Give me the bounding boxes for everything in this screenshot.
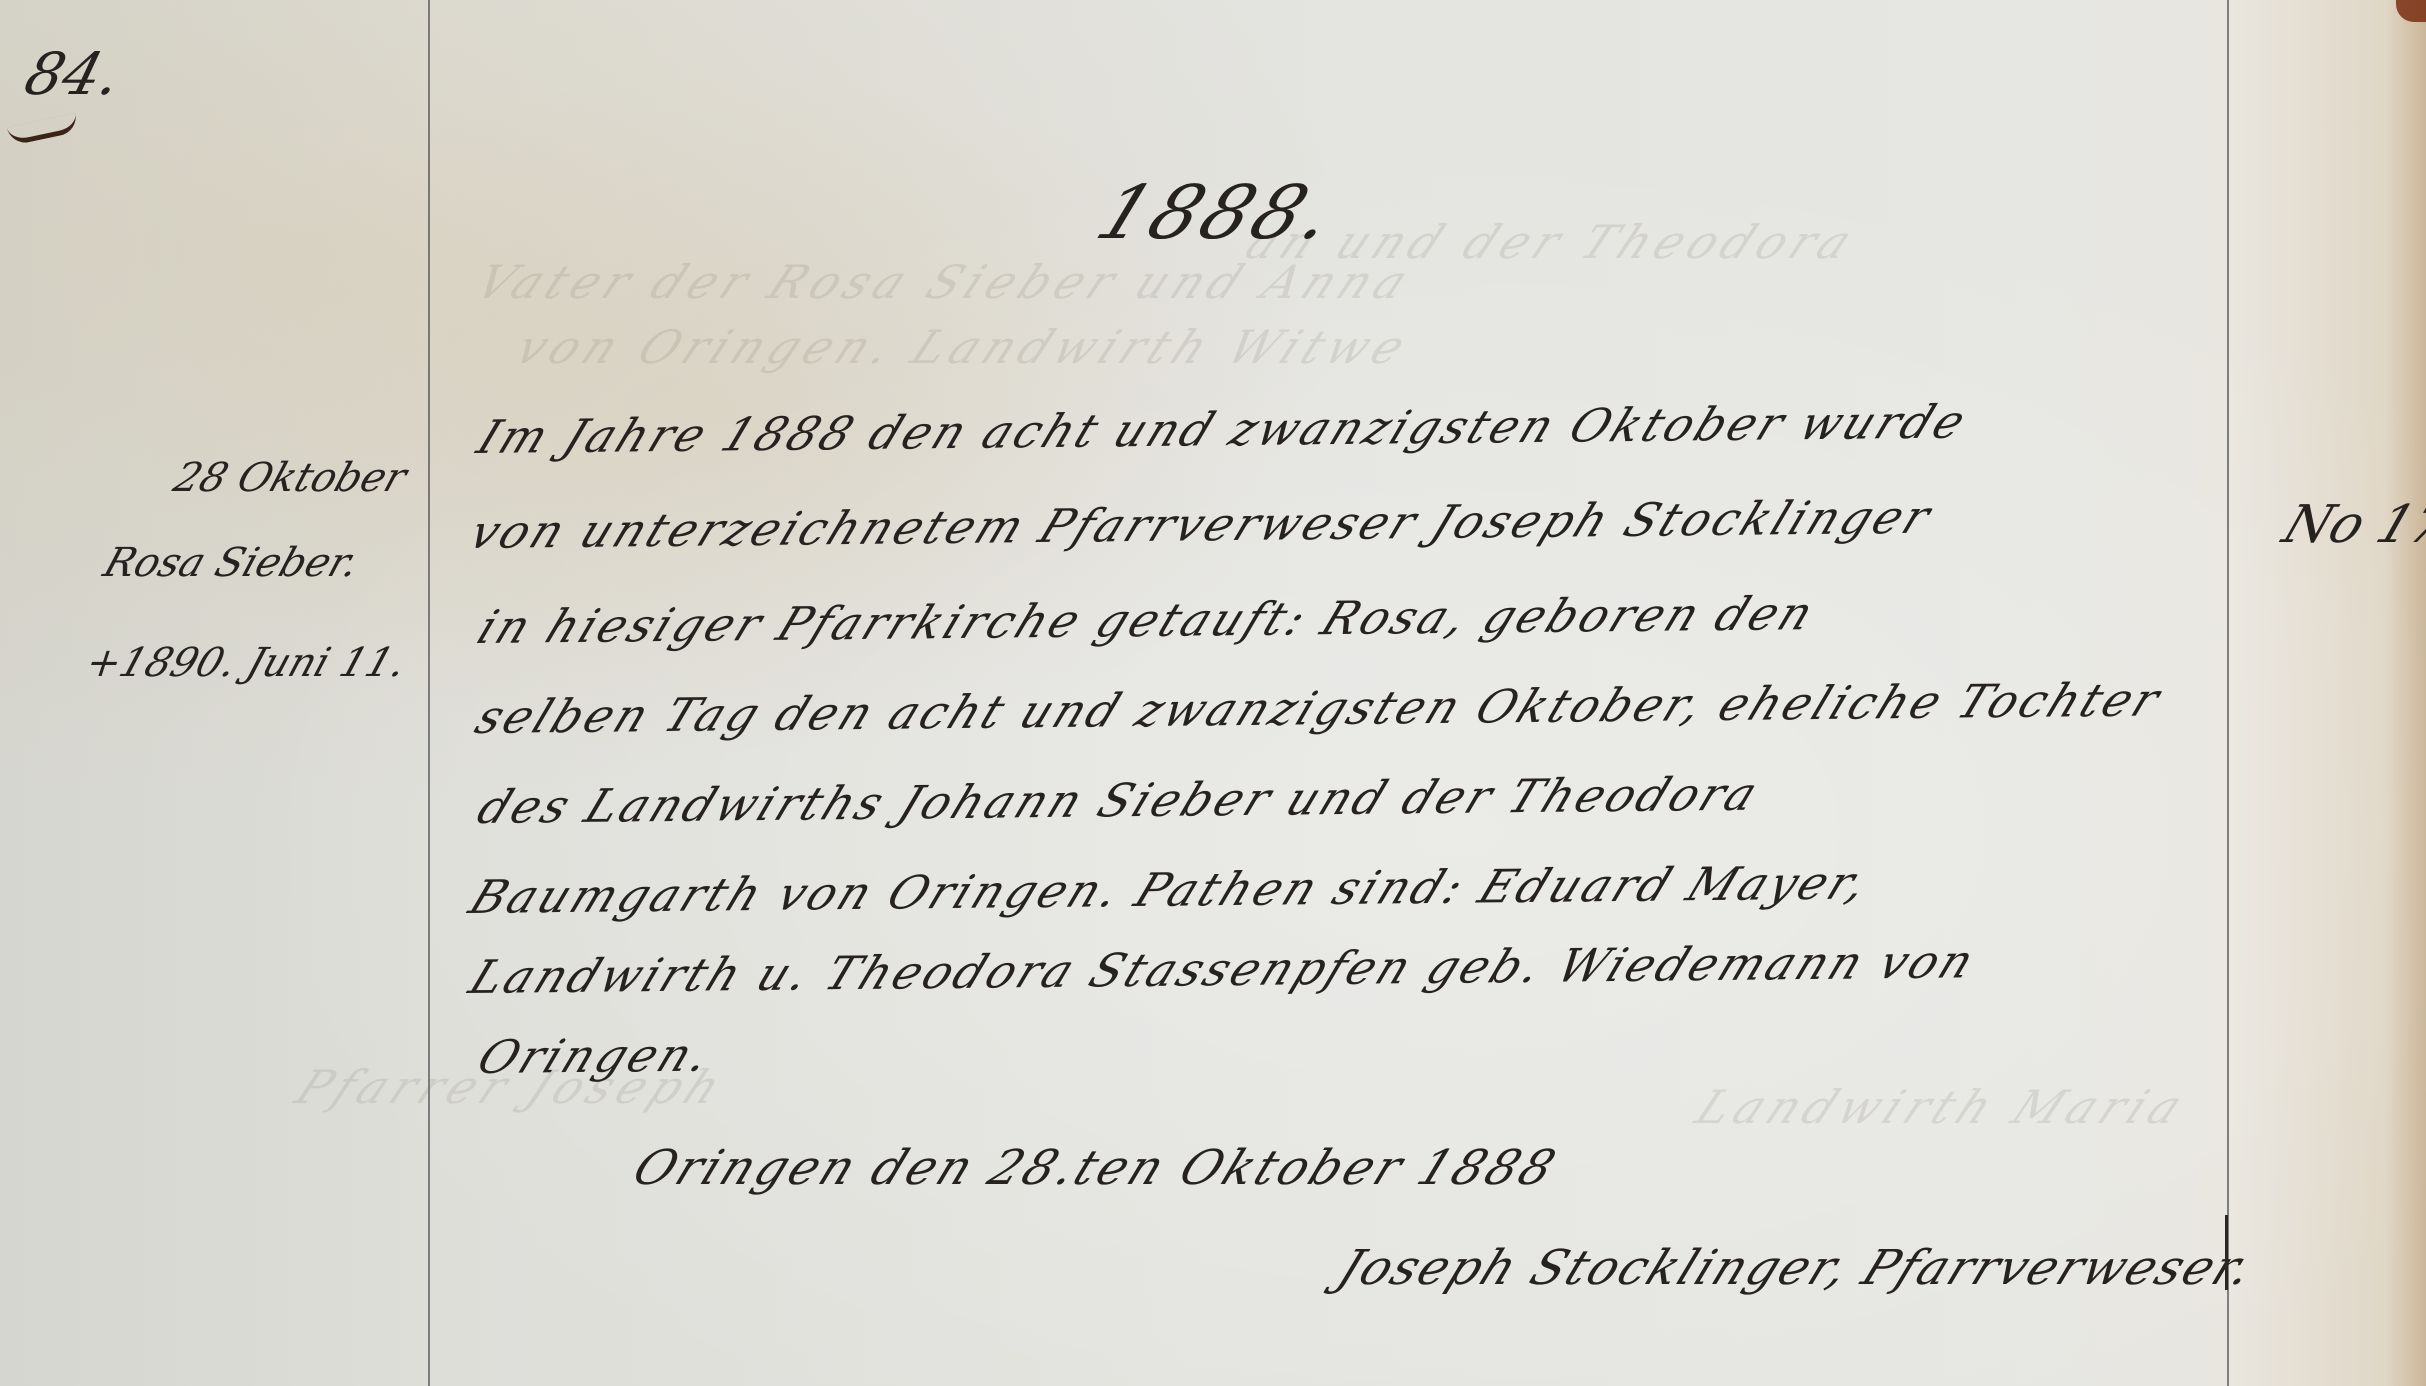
- entry-line: Im Jahre 1888 den acht und zwanzigsten O…: [470, 395, 1976, 464]
- entry-line: Landwirth u. Theodora Stassenpfen geb. W…: [462, 934, 1985, 1004]
- page-number: 84.: [18, 40, 128, 108]
- bleed-through-text: Landwirth Maria: [1687, 1080, 2197, 1134]
- entry-line: von unterzeichnetem Pfarrverweser Joseph…: [462, 490, 1941, 559]
- margin-baptism-date: 28 Oktober: [168, 455, 412, 501]
- record-number: No 17.: [2275, 495, 2426, 555]
- entry-line: des Landwirths Johann Sieber und der The…: [470, 767, 1768, 834]
- priest-signature: Joseph Stocklinger, Pfarrverweser.: [1330, 1240, 2263, 1296]
- margin-death-note: +1890. Juni 11.: [80, 640, 412, 686]
- bleed-through-text: an und der Theodora: [1237, 215, 1866, 269]
- entry-line: selben Tag den acht und zwanzigsten Okto…: [468, 672, 2170, 744]
- entry-line: in hiesiger Pfarrkirche getauft: Rosa, g…: [470, 586, 1824, 654]
- year-heading: 1888.: [1085, 170, 1352, 256]
- page-number-flourish: [7, 113, 79, 146]
- register-page: Vater der Rosa Sieber und Anna von Oring…: [0, 0, 2426, 1386]
- left-column-rule: [428, 0, 430, 1386]
- page-edge-tint: [2386, 0, 2426, 1386]
- right-column-rule: [2227, 0, 2229, 1386]
- bleed-through-text: von Oringen. Landwirth Witwe: [507, 320, 1420, 374]
- margin-child-name: Rosa Sieber.: [98, 540, 365, 586]
- place-and-date: Oringen den 28.ten Oktober 1888: [625, 1140, 1566, 1196]
- entry-line: Baumgarth von Oringen. Pathen sind: Edua…: [462, 855, 1878, 924]
- bleed-through-text: Vater der Rosa Sieber und Anna: [467, 255, 1422, 309]
- entry-line: Oringen.: [470, 1028, 721, 1084]
- signature-end-stroke: [2225, 1215, 2228, 1290]
